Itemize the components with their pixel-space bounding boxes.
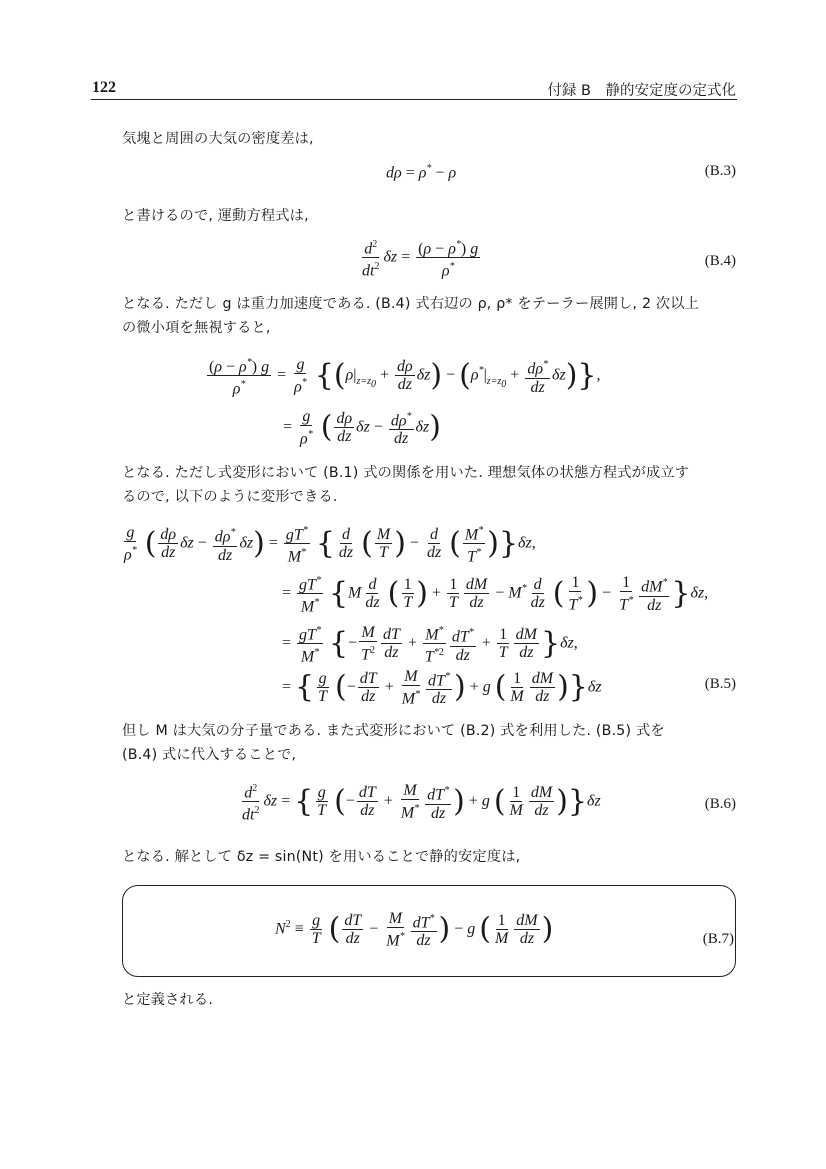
- paragraph-5-line-2: (B.4) 式に代入することで,: [122, 743, 737, 767]
- paragraph-1: 気塊と周囲の大気の密度差は,: [122, 127, 737, 151]
- equation-b5-line-3: = gT*M* {−MT2dTdz + M*T*2dT*dz + 1TdMdz}…: [282, 622, 578, 666]
- equation-b7: N2 ≡ gT (dTdz − MM*dT*dz) − g (1MdMdz): [275, 910, 553, 949]
- equation-b5-line-2: = gT*M* {Mddz (1T) + 1TdMdz − M*ddz (1T*…: [282, 572, 708, 616]
- equation-label-b6: (B.6): [705, 796, 736, 813]
- paragraph-3: となる. ただし g は重力加速度である. (B.4) 式右辺の ρ, ρ* を…: [122, 292, 737, 340]
- equation-b5-line-4: = {gT (−dTdz + MM*dT*dz) + g (1MdMdz)}δz: [282, 668, 602, 707]
- equation-taylor-line-1: (ρ − ρ*) gρ* = gρ* {(ρ|z=z0 + dρdzδz) − …: [205, 354, 601, 398]
- paragraph-5: 但し M は大気の分子量である. また式変形において (B.2) 式を利用した.…: [122, 719, 737, 767]
- paragraph-6: となる. 解として δz = sin(Nt) を用いることで静的安定度は,: [122, 845, 737, 869]
- paragraph-3-line-2: の微小項を無視すると,: [122, 316, 737, 340]
- equation-label-b3: (B.3): [705, 163, 736, 180]
- equation-b6: d2dt2δz = {gT (−dTdz + MM*dT*dz) + g (1M…: [238, 780, 601, 824]
- paragraph-7: と定義される.: [122, 988, 737, 1012]
- page-number: 122: [92, 79, 116, 97]
- paragraph-4: となる. ただし式変形において (B.1) 式の関係を用いた. 理想気体の状態方…: [122, 461, 737, 509]
- equation-label-b7: (B.7): [703, 931, 734, 948]
- paragraph-5-line-1: 但し M は大気の分子量である. また式変形において (B.2) 式を利用した.…: [122, 719, 737, 743]
- paragraph-4-line-2: るので, 以下のように変形できる.: [122, 485, 737, 509]
- paragraph-3-line-1: となる. ただし g は重力加速度である. (B.4) 式右辺の ρ, ρ* を…: [122, 292, 737, 316]
- equation-label-b4: (B.4): [705, 253, 736, 270]
- header-rule: [91, 99, 737, 100]
- equation-b5-line-1: gρ* (dρdzδz − dρ*dzδz) = gT*M* {ddz (MT)…: [120, 522, 536, 566]
- paragraph-4-line-1: となる. ただし式変形において (B.1) 式の関係を用いた. 理想気体の状態方…: [122, 461, 737, 485]
- equation-b4: d2dt2δz = (ρ − ρ*) gρ*: [358, 236, 482, 280]
- paragraph-2: と書けるので, 運動方程式は,: [122, 204, 737, 228]
- equation-label-b5: (B.5): [705, 676, 736, 693]
- running-title: 付録 B 静的安定度の定式化: [547, 79, 736, 100]
- equation-taylor-line-2: = gρ* (dρdzδz − dρ*dzδz): [283, 408, 441, 447]
- equation-b3: dρ = ρ* − ρ: [386, 163, 456, 182]
